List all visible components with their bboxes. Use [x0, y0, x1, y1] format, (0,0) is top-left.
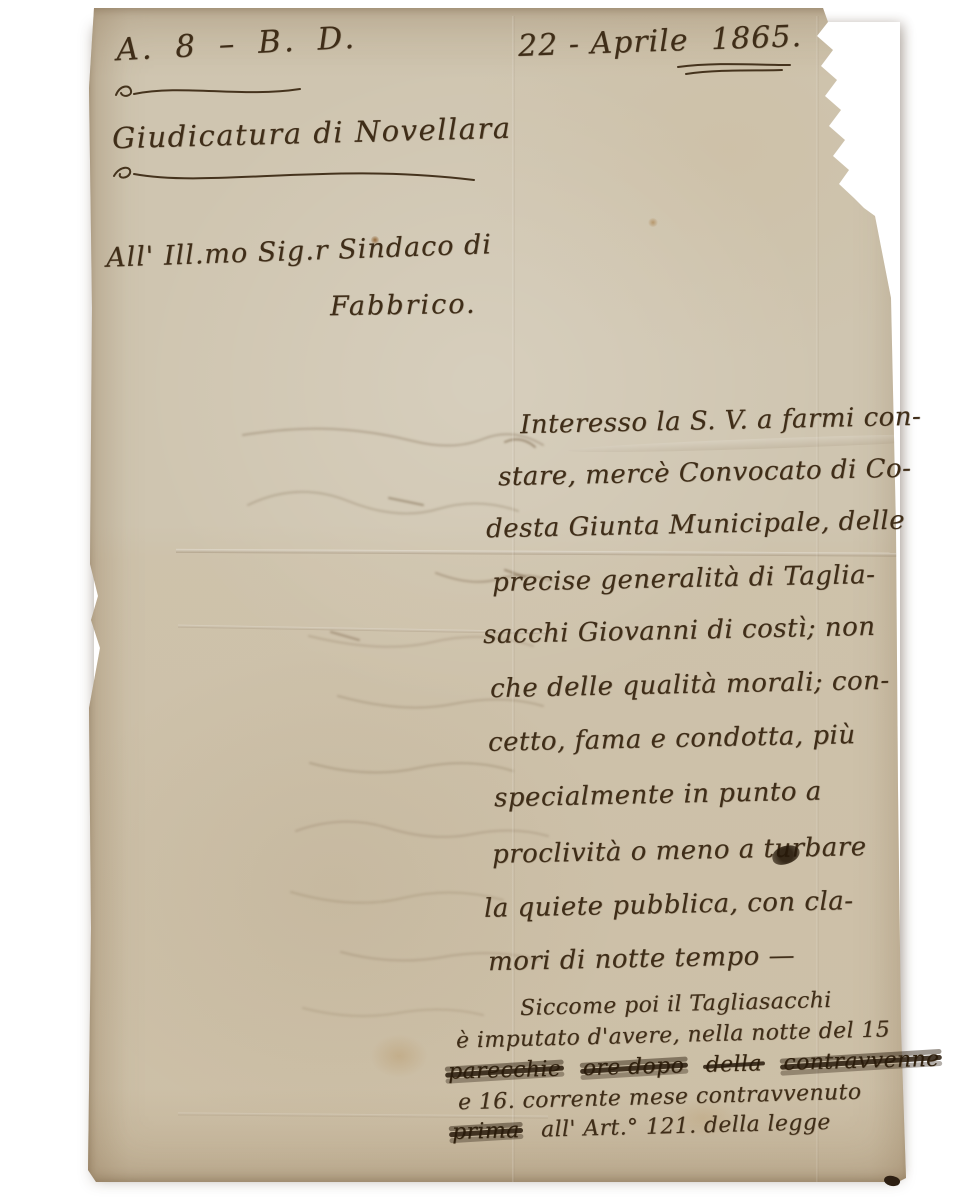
body-line: cetto, fama e condotta, più — [488, 720, 856, 758]
crossed-out-word: parecchie — [448, 1057, 562, 1085]
crossed-out-word: ore dopo — [582, 1053, 684, 1081]
postscript-line: è imputato d'avere, nella notte del 15 — [456, 1017, 891, 1053]
body-line: Interesso la S. V. a farmi con- — [520, 402, 922, 440]
body-line: sacchi Giovanni di costì; non — [483, 612, 876, 650]
postscript: Siccome poi il Tagliasacchi è imputato d… — [446, 992, 938, 1152]
body-line: che delle qualità morali; con- — [490, 666, 890, 704]
postscript-text: all' Art.° 121. della legge — [541, 1110, 831, 1143]
registry-flourish — [112, 80, 307, 106]
crossed-out-word: contravvenne — [783, 1047, 940, 1076]
postscript-line: prima all' Art.° 121. della legge — [452, 1110, 831, 1145]
large-stain — [370, 1034, 428, 1078]
crossed-out-word: prima — [452, 1118, 520, 1145]
body-line: mori di notte tempo — — [488, 941, 796, 977]
body-line: precise generalità di Taglia- — [492, 560, 876, 598]
date-underline — [676, 62, 794, 78]
body-line: stare, mercè Convocato di Co- — [498, 454, 912, 493]
body-line: proclività o meno a turbare — [492, 832, 867, 870]
small-fox-spot — [648, 218, 658, 227]
body-line: specialmente in punto a — [494, 777, 822, 814]
postscript-line: Siccome poi il Tagliasacchi — [520, 988, 832, 1021]
date-year: 1865. — [710, 19, 802, 57]
body-line: desta Giunta Municipale, delle — [486, 506, 906, 545]
address-line-2: Fabbrico. — [330, 289, 477, 323]
crossed-out-word: della — [705, 1051, 762, 1077]
scanned-letter-page: A. 8 – B. D. 22 - Aprile 1865. Giudicatu… — [0, 0, 962, 1200]
letter-body: Interesso la S. V. a farmi con- stare, m… — [478, 398, 930, 998]
date-day-month: 22 - Aprile — [517, 23, 689, 64]
office-flourish — [110, 160, 480, 192]
postscript-line-struck: parecchie ore dopo della contravvenne — [448, 1046, 954, 1084]
body-line: la quiete pubblica, con cla- — [484, 886, 854, 924]
